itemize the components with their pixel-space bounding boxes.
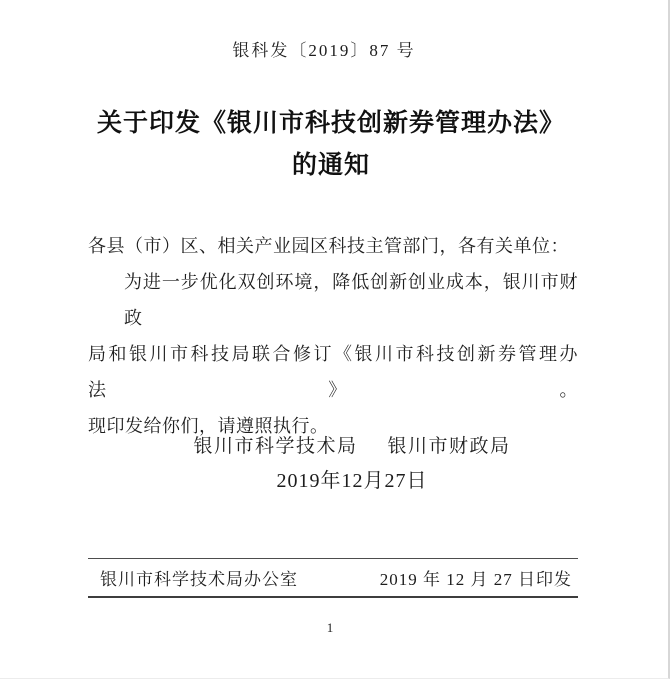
signature-org-finance: 银川市财政局 [388,436,511,457]
footer-issuing-office: 银川市科学技术局办公室 [100,565,298,590]
signature-date: 2019年12月27日 [36,464,668,493]
document-page: 银科发〔2019〕87 号 关于印发《银川市科技创新券管理办法》 的通知 各县（… [0,0,670,679]
salutation-line: 各县（市）区、相关产业园区科技主管部门，各有关单位： [88,228,578,264]
document-title: 关于印发《银川市科技创新券管理办法》 的通知 [40,103,622,187]
body-line-3: 局和银川市科技局联合修订《银川市科技创新券管理办法》。 [88,336,578,408]
body-line-2: 为进一步优化双创环境，降低创新创业成本，银川市财政 [88,264,578,336]
title-line-2: 的通知 [40,145,622,187]
signature-block: 银川市科学技术局银川市财政局 [36,431,668,458]
footer-print-date: 2019 年 12 月 27 日印发 [380,565,572,590]
signature-org-science: 银川市科学技术局 [193,436,357,457]
body-text: 各县（市）区、相关产业园区科技主管部门，各有关单位： 为进一步优化双创环境，降低… [88,228,578,444]
footer-bar: 银川市科学技术局办公室 2019 年 12 月 27 日印发 [88,558,578,598]
page-number: 1 [0,620,660,636]
title-line-1: 关于印发《银川市科技创新券管理办法》 [40,103,622,145]
doc-number: 银科发〔2019〕87 号 [80,36,568,61]
